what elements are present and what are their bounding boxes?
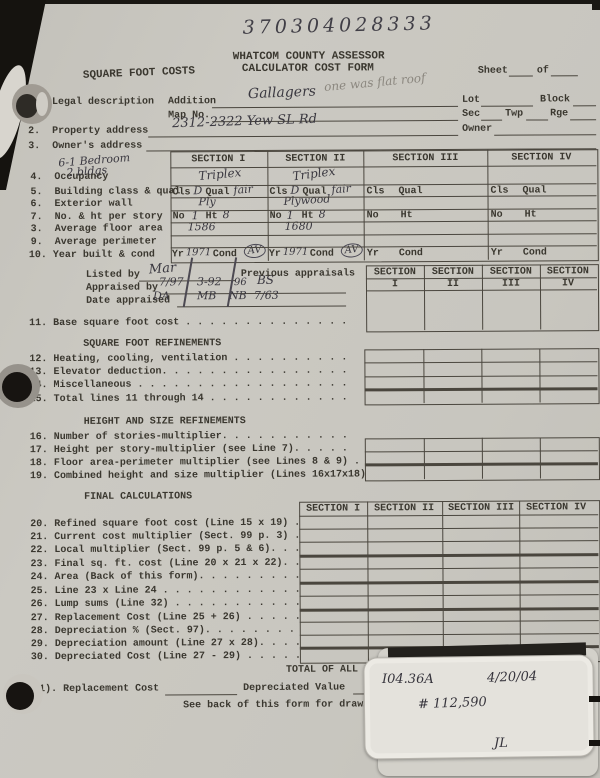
addition-value: Gallagers [248,83,317,102]
note-code: I04.36A [382,672,434,687]
final-col4-header: SECTION IV [526,502,586,514]
note-date: 4/20/04 [487,669,538,686]
twp-label: Twp [505,109,523,121]
line-22: 22. Local multiplier (Sect. 99 p. 5 & 6)… [30,544,300,557]
scanned-document: 370304028333 WHATCOM COUNTY ASSESSOR CAL… [0,0,600,778]
line-30: 30. Depreciated Cost (Line 27 - 29) . . … [31,651,301,664]
lot-line [481,106,533,107]
note-amount: # 112,590 [418,695,487,712]
block-line [573,105,596,106]
listed-by-label: Listed by [86,270,140,282]
line-17: 17. Height per story-multiplier (see Lin… [30,443,348,457]
scan-top-edge [0,0,600,4]
see-back-label: See back of this form for drawing [183,699,381,712]
of-line [551,75,578,76]
of-label: of [537,65,549,77]
property-address-line [148,135,458,138]
final-col1-header: SECTION I [306,503,360,515]
line-15: 15. Total lines 11 through 14 . . . . . … [30,392,348,406]
scan-top-right-corner [592,0,600,10]
parcel-number: 370304028333 [242,12,436,38]
rge-label: Rge [550,108,568,120]
right-edge-mark-2 [589,740,600,746]
line-28: 28. Depreciation % (Sect. 97). . . . . .… [31,625,295,638]
line-16: 16. Number of stories-multiplier. . . . … [30,430,348,444]
section-3-header: SECTION III [392,153,458,165]
note-initials: JL [494,736,508,751]
height-size-title: HEIGHT AND SIZE REFINEMENTS [84,416,246,429]
addition-label: Addition [168,96,216,108]
date-appraised-line [177,306,346,308]
date-value-2: MB [197,289,216,302]
row-perimeter-label: 9. Average perimeter [31,236,157,249]
previous-appraisals-label: Previous appraisals [241,268,355,281]
date-value-1: DA [153,289,170,302]
owner-line [494,134,596,136]
table-rule [540,437,541,478]
final-col2-header: SECTION II [374,503,434,515]
date-value-4: 7/63 [254,289,279,302]
cond-label-s3: Cond [399,248,423,260]
property-address-value: 2312-2322 Yew SL Rd [172,112,317,132]
row-floor-area-label: 3. Average floor area [31,223,163,236]
year-s2: 1971 [283,247,309,258]
yr-label-s4: Yr [491,248,503,260]
sec-label: Sec [462,109,480,121]
block-label: Block [540,94,570,106]
owner-label: Owner [462,124,492,136]
sheet-line [509,76,533,77]
depreciated-value-label: Depreciated Value [243,683,345,696]
final-calc-title: FINAL CALCULATIONS [84,491,192,504]
line-18: 18. Floor area-perimeter multiplier (see… [30,456,360,470]
sq-ft-refinements-title: SQUARE FOOT REFINEMENTS [83,338,221,351]
pen-stroke-1 [183,258,193,308]
row-stories-label: 7. No. & ht per story [31,211,163,224]
row-building-label: 5. Building class & qual [30,186,180,199]
appraised-value-1: 7/97 [159,275,184,288]
line-25: 25. Line 23 x Line 24 . . . . . . . . . … [31,585,301,598]
table-rule [482,438,483,479]
form-title-line2: CALCULATOR COST FORM [242,62,374,76]
line-23: 23. Final sq. ft. cost (Line 20 x 21 x 2… [30,558,300,571]
row-exterior-label: 6. Exterior wall [31,199,133,212]
final-col3-header: SECTION III [448,503,514,515]
date-value-3: NB [229,289,247,302]
exterior-s2: Plywood [283,192,331,208]
cond-label-s4: Cond [523,247,547,259]
line-24: 24. Area (Back of this form). . . . . . … [30,571,300,584]
right-edge-mark-1 [589,696,600,702]
line-21: 21. Current cost multiplier (Sect. 99 p.… [30,531,300,544]
line-14: 14. Miscellaneous . . . . . . . . . . . … [29,378,347,392]
property-address-label: 2. Property address [28,126,148,139]
line-26: 26. Lump sums (Line 32) . . . . . . . . … [31,598,301,611]
punch-hole-3-center [6,682,34,710]
section-2-header: SECTION II [285,154,345,166]
line-20: 20. Refined square foot cost (Line 15 x … [30,518,300,531]
cond-label-s1: Cond [213,249,237,261]
rge-line [570,119,596,120]
left-title: SQUARE FOOT COSTS [83,65,196,82]
row-year-label: 10. Year built & cond [29,250,155,263]
sec-line [481,120,502,121]
punch-hole-1-highlight [36,92,48,116]
lot-label: Lot [462,95,480,107]
appraised-by-label: Appraised by [86,282,158,294]
line-31: 31). Replacement Cost [33,683,159,696]
replacement-cost-line [165,694,237,695]
section-4-header: SECTION IV [511,152,571,164]
line-19: 19. Combined height and size multiplier … [30,469,366,483]
line-27: 27. Replacement Cost (Line 25 + 26) . . … [31,612,301,625]
sheet-label: Sheet [478,66,508,78]
row-occupancy-label: 4. Occupancy [30,172,108,184]
line-12: 12. Heating, cooling, ventilation . . . … [29,352,347,366]
line-29: 29. Depreciation amount (Line 27 x 28). … [31,638,301,651]
yr-label-s3: Yr [367,248,379,260]
twp-line [526,119,548,120]
year-s1: 1971 [186,247,212,258]
yr-label-s2: Yr [269,249,281,261]
appraised-value-2: 3-92 [197,275,222,288]
line-11: 11. Base square foot cost . . . . . . . … [29,316,347,330]
cond-label-s2: Cond [310,249,334,261]
line-13: 13. Elevator deduction. . . . . . . . . … [29,365,347,379]
punch-hole-1-center [16,94,38,118]
table-rule [424,438,425,479]
punch-hole-2-center [2,372,32,402]
addition-line [212,106,458,108]
